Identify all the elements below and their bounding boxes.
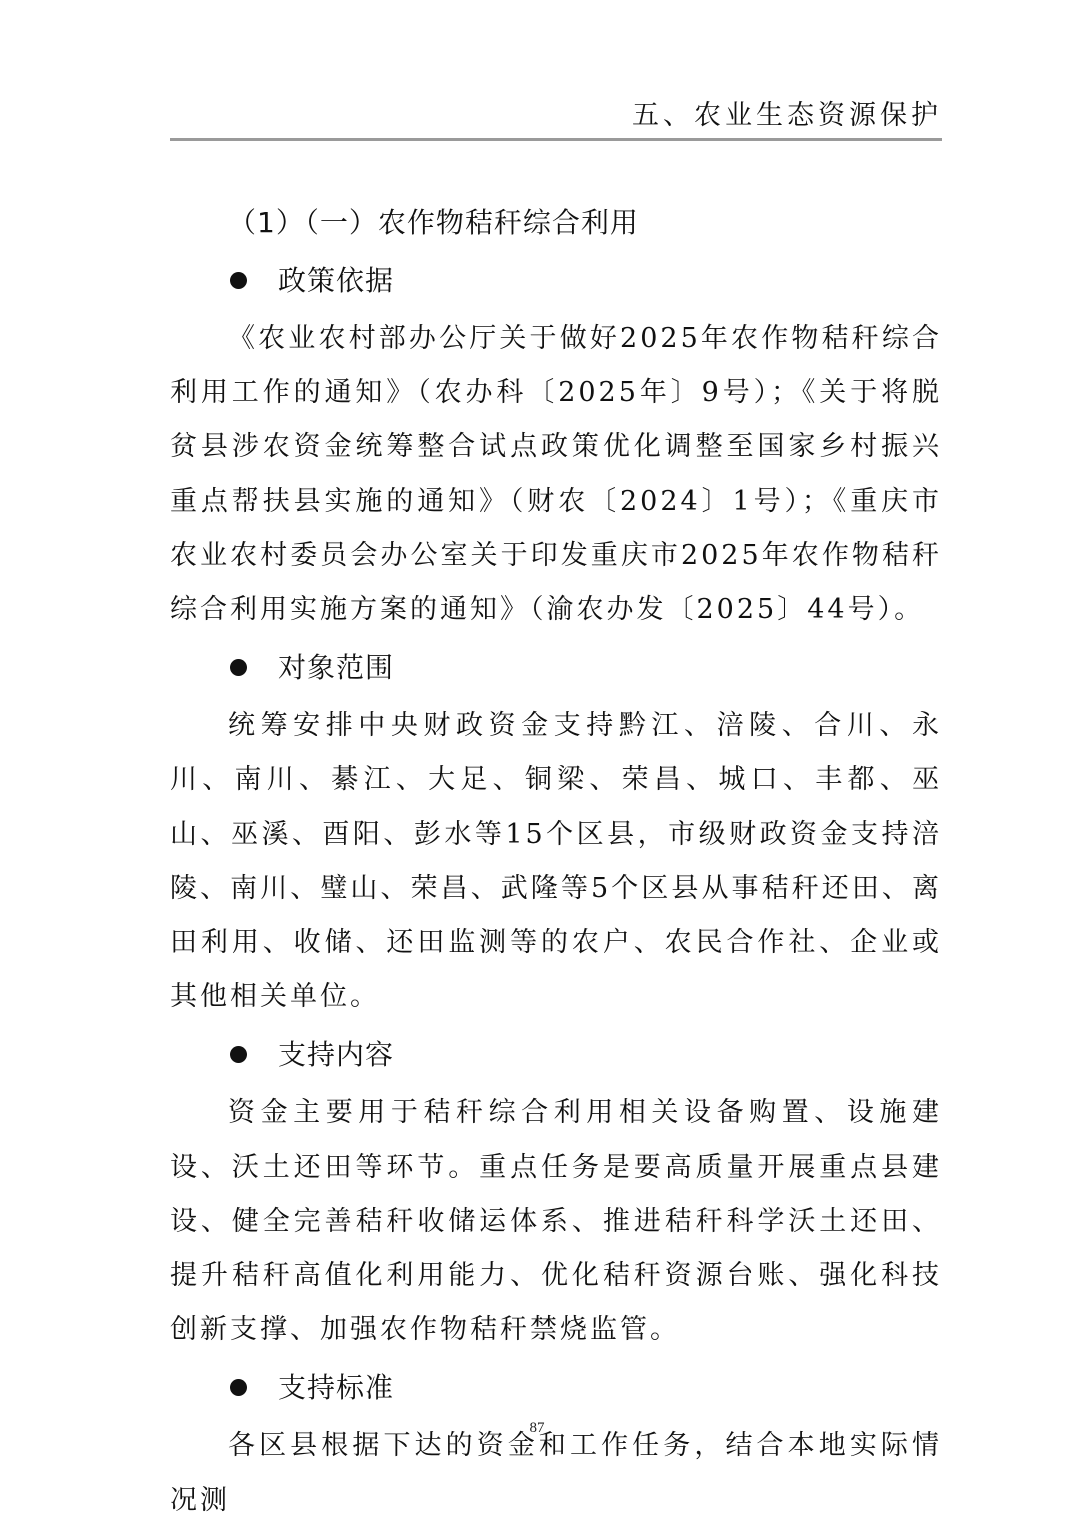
paragraph-scope: 统筹安排中央财政资金支持黔江、涪陵、合川、永川、南川、綦江、大足、铜梁、荣昌、城…	[170, 699, 942, 1024]
page-number: 87	[0, 1420, 1074, 1437]
bullet-icon	[230, 659, 247, 676]
subsection-heading-label: 支持内容	[278, 1028, 394, 1082]
subsection-heading-support-standard: 支持标准	[170, 1361, 942, 1415]
subsection-heading-scope: 对象范围	[170, 641, 942, 695]
page-content: （1）（一）农作物秸秆综合利用 政策依据 《农业农村部办公厅关于做好2025年农…	[170, 196, 942, 1520]
subsection-heading-label: 政策依据	[278, 254, 394, 308]
bullet-icon	[230, 1046, 247, 1063]
bullet-icon	[230, 1379, 247, 1396]
paragraph-support-content: 资金主要用于秸秆综合利用相关设备购置、设施建设、沃土还田等环节。重点任务是要高质…	[170, 1086, 942, 1357]
subsection-heading-policy-basis: 政策依据	[170, 254, 942, 308]
paragraph-policy-basis: 《农业农村部办公厅关于做好2025年农作物秸秆综合利用工作的通知》（农办科〔20…	[170, 312, 942, 637]
bullet-icon	[230, 272, 247, 289]
subsection-heading-label: 对象范围	[278, 641, 394, 695]
header-divider	[170, 138, 942, 141]
document-page: 五、农业生态资源保护 （1）（一）农作物秸秆综合利用 政策依据 《农业农村部办公…	[0, 0, 1074, 1520]
subsection-heading-label: 支持标准	[278, 1361, 394, 1415]
subsection-heading-support-content: 支持内容	[170, 1028, 942, 1082]
running-header: 五、农业生态资源保护	[632, 96, 942, 136]
section-title: （1）（一）农作物秸秆综合利用	[228, 196, 942, 250]
